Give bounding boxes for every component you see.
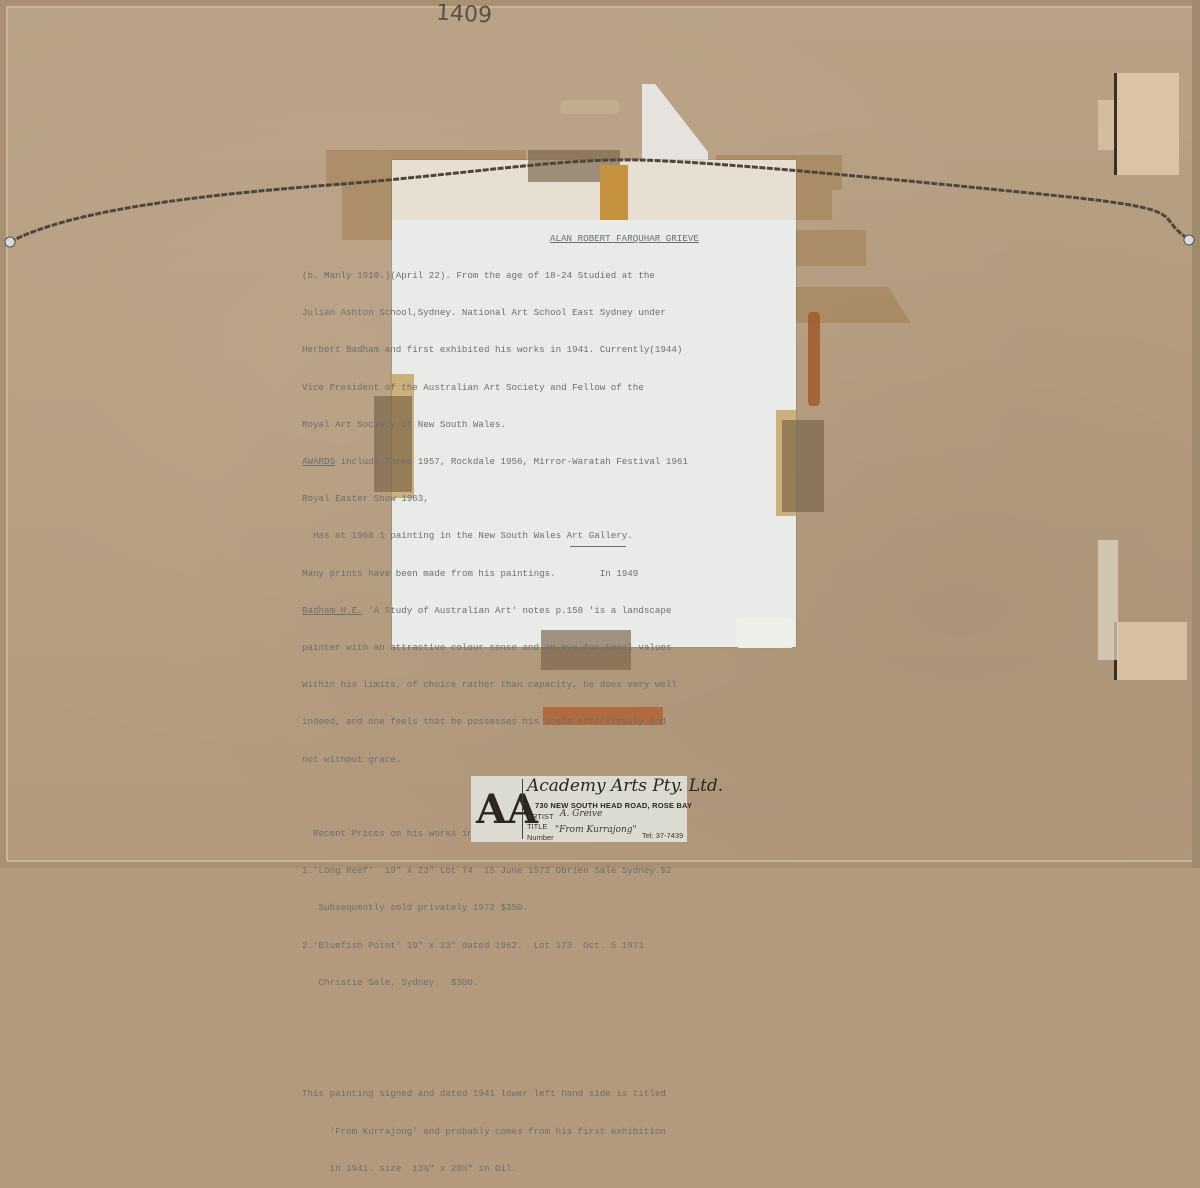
academy-arts-logo-icon: AA — [476, 786, 518, 834]
gallery-phone: Tel: 37-7439 — [642, 831, 683, 840]
sticker-divider — [522, 779, 523, 839]
hanging-wire — [0, 0, 1200, 868]
title-value: "From Kurrajong" — [555, 825, 637, 835]
title-label: TITLE — [527, 822, 547, 831]
gallery-name: Academy Arts Pty. Ltd. — [527, 776, 723, 796]
artist-label: ARTIST — [527, 812, 554, 821]
number-label: Number — [527, 833, 554, 842]
artist-value: A. Greive — [560, 809, 602, 819]
screw-eye-right-icon — [1184, 235, 1194, 245]
screw-eye-left-icon — [5, 237, 15, 247]
gallery-address: 730 NEW SOUTH HEAD ROAD, ROSE BAY — [535, 801, 692, 810]
